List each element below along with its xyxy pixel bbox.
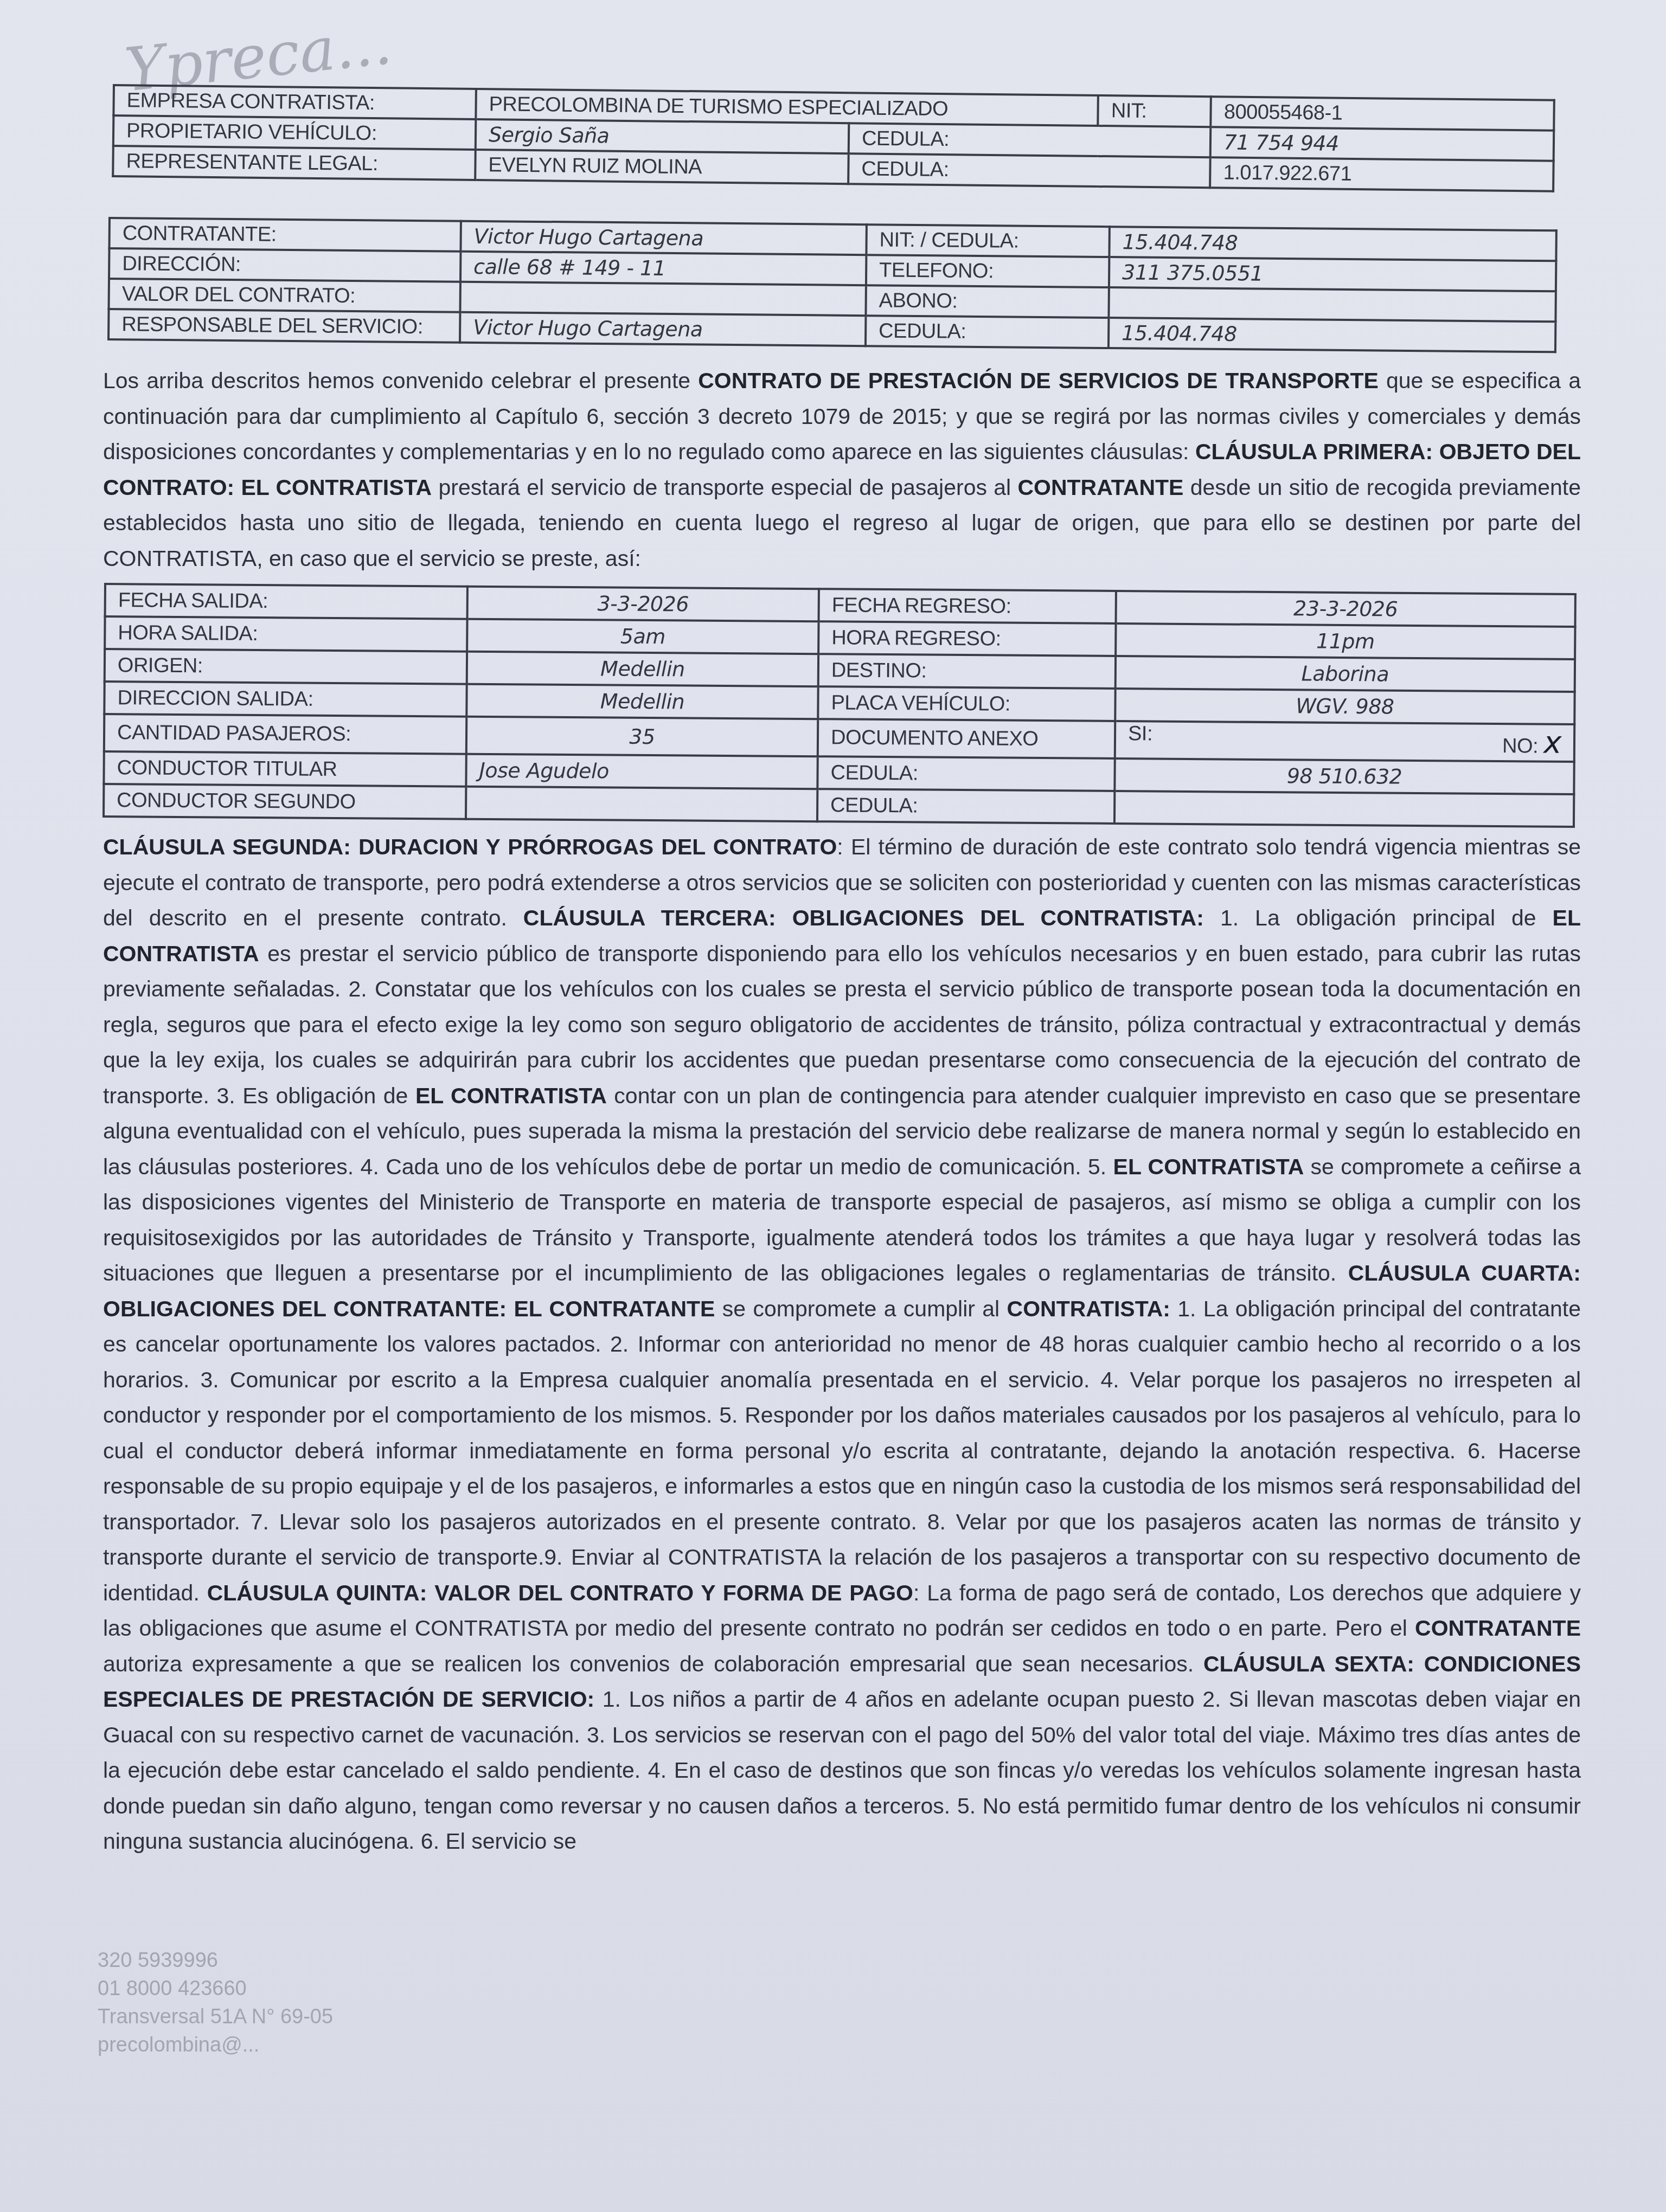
company-contact-footer: 320 5939996 01 8000 423660 Transversal 5… bbox=[98, 1946, 333, 2059]
propietario-label: PROPIETARIO VEHÍCULO: bbox=[113, 115, 476, 150]
fecha-salida-label: FECHA SALIDA: bbox=[105, 584, 467, 619]
conductor-titular-value: Jose Agudelo bbox=[466, 754, 817, 789]
clause-1-contratante: CONTRATANTE bbox=[1017, 475, 1183, 500]
clause-4-text-1: se compromete a cumplir al bbox=[715, 1296, 1007, 1321]
representante-cedula-label: CEDULA: bbox=[848, 153, 1210, 188]
clause-4-text-2: 1. La obligación principal del contratan… bbox=[103, 1296, 1581, 1605]
footer-address: Transversal 51A N° 69-05 bbox=[98, 2003, 333, 2031]
fecha-regreso-value: 23-3-2026 bbox=[1116, 591, 1575, 627]
representante-label: REPRESENTANTE LEGAL: bbox=[113, 146, 476, 180]
origen-label: ORIGEN: bbox=[105, 649, 467, 684]
contratante-label: CONTRATANTE: bbox=[109, 218, 460, 252]
no-check-mark: x bbox=[1543, 725, 1561, 761]
responsable-cedula-value: 15.404.748 bbox=[1108, 318, 1555, 352]
origen-value: Medellin bbox=[467, 652, 818, 687]
direccion-value: calle 68 # 149 - 11 bbox=[460, 252, 866, 286]
documento-anexo-label: DOCUMENTO ANEXO bbox=[818, 719, 1115, 758]
clause-6-text: 1. Los niños a partir de 4 años en adela… bbox=[103, 1687, 1581, 1854]
intro-text-1: Los arriba descritos hemos convenido cel… bbox=[103, 368, 698, 393]
destino-value: Laborina bbox=[1116, 656, 1575, 692]
clause-5-bold-2: CONTRATANTE bbox=[1415, 1616, 1581, 1641]
destino-label: DESTINO: bbox=[818, 654, 1116, 689]
hora-salida-label: HORA SALIDA: bbox=[105, 616, 467, 652]
fecha-salida-value: 3-3-2026 bbox=[467, 587, 819, 622]
abono-value bbox=[1108, 287, 1555, 321]
clause-4-bold-2: CONTRATISTA: bbox=[1007, 1296, 1170, 1321]
valor-label: VALOR DEL CONTRATO: bbox=[109, 279, 460, 312]
clause-3-text-1: 1. La obligación principal de bbox=[1204, 905, 1553, 930]
nit-cedula-value: 15.404.748 bbox=[1109, 227, 1556, 261]
responsable-cedula-label: CEDULA: bbox=[866, 316, 1108, 348]
conductor-segundo-label: CONDUCTOR SEGUNDO bbox=[104, 784, 466, 819]
contratante-info-table: CONTRATANTE: Victor Hugo Cartagena NIT: … bbox=[107, 217, 1558, 353]
conductor-titular-label: CONDUCTOR TITULAR bbox=[104, 751, 466, 787]
document-page: Ypreca... EMPRESA CONTRATISTA: PRECOLOMB… bbox=[0, 0, 1666, 2212]
direccion-salida-label: DIRECCION SALIDA: bbox=[104, 681, 466, 717]
footer-phone-1: 320 5939996 bbox=[98, 1946, 333, 1975]
placa-label: PLACA VEHÍCULO: bbox=[818, 686, 1115, 721]
documento-anexo-options: SI: NO: x bbox=[1115, 721, 1574, 762]
responsable-value: Victor Hugo Cartagena bbox=[460, 312, 866, 346]
empresa-label: EMPRESA CONTRATISTA: bbox=[113, 85, 476, 119]
clause-3-bold-3: EL CONTRATISTA bbox=[415, 1083, 607, 1108]
conductor-segundo-value bbox=[466, 787, 817, 822]
cantidad-label: CANTIDAD PASAJEROS: bbox=[104, 714, 466, 754]
representante-value: EVELYN RUIZ MOLINA bbox=[475, 150, 849, 184]
placa-value: WGV. 988 bbox=[1115, 689, 1574, 724]
propietario-cedula-label: CEDULA: bbox=[849, 123, 1211, 157]
si-checkbox-label[interactable]: SI: bbox=[1128, 722, 1152, 757]
hora-regreso-value: 11pm bbox=[1116, 623, 1575, 659]
hora-salida-value: 5am bbox=[467, 619, 818, 654]
company-info-table: EMPRESA CONTRATISTA: PRECOLOMBINA DE TUR… bbox=[112, 84, 1555, 192]
cantidad-value: 35 bbox=[466, 717, 818, 757]
clause-3-title: CLÁUSULA TERCERA: OBLIGACIONES DEL CONTR… bbox=[523, 905, 1204, 930]
intro-paragraph: Los arriba descritos hemos convenido cel… bbox=[103, 363, 1581, 576]
clause-5-title: CLÁUSULA QUINTA: VALOR DEL CONTRATO Y FO… bbox=[207, 1580, 913, 1605]
nit-cedula-label: NIT: / CEDULA: bbox=[866, 224, 1109, 257]
conductor-titular-cedula-value: 98 510.632 bbox=[1114, 758, 1574, 794]
contract-type-bold: CONTRATO DE PRESTACIÓN DE SERVICIOS DE T… bbox=[698, 368, 1379, 393]
telefono-label: TELEFONO: bbox=[866, 255, 1109, 287]
clause-1-text: prestará el servicio de transporte espec… bbox=[432, 475, 1017, 500]
hora-regreso-label: HORA REGRESO: bbox=[818, 621, 1116, 656]
abono-label: ABONO: bbox=[866, 285, 1108, 318]
telefono-value: 311 375.0551 bbox=[1109, 257, 1556, 291]
propietario-value: Sergio Saña bbox=[476, 119, 849, 153]
conductor-segundo-cedula-value bbox=[1114, 791, 1574, 827]
direccion-salida-value: Medellin bbox=[466, 684, 818, 719]
clause-3-bold-4: EL CONTRATISTA bbox=[1113, 1154, 1304, 1179]
valor-value bbox=[460, 282, 866, 316]
footer-phone-2: 01 8000 423660 bbox=[98, 1975, 333, 2003]
clause-2-title: CLÁUSULA SEGUNDA: DURACION Y PRÓRROGAS D… bbox=[103, 834, 837, 859]
footer-email: precolombina@... bbox=[98, 2031, 333, 2059]
no-checkbox-label[interactable]: NO: x bbox=[1502, 725, 1561, 761]
fecha-regreso-label: FECHA REGRESO: bbox=[819, 589, 1116, 623]
direccion-label: DIRECCIÓN: bbox=[109, 248, 460, 282]
clause-5-text-2: autoriza expresamente a que se realicen … bbox=[103, 1651, 1203, 1676]
representante-cedula-value: 1.017.922.671 bbox=[1210, 157, 1553, 191]
propietario-cedula-value: 71 754 944 bbox=[1210, 127, 1554, 161]
trip-details-table: FECHA SALIDA: 3-3-2026 FECHA REGRESO: 23… bbox=[102, 583, 1577, 828]
conductor-segundo-cedula-label: CEDULA: bbox=[817, 789, 1114, 824]
clauses-body: CLÁUSULA SEGUNDA: DURACION Y PRÓRROGAS D… bbox=[103, 829, 1581, 1860]
nit-value: 800055468-1 bbox=[1211, 97, 1554, 131]
contratante-value: Victor Hugo Cartagena bbox=[460, 221, 866, 255]
responsable-label: RESPONSABLE DEL SERVICIO: bbox=[108, 309, 460, 343]
conductor-titular-cedula-label: CEDULA: bbox=[817, 756, 1114, 791]
nit-label: NIT: bbox=[1098, 95, 1212, 127]
